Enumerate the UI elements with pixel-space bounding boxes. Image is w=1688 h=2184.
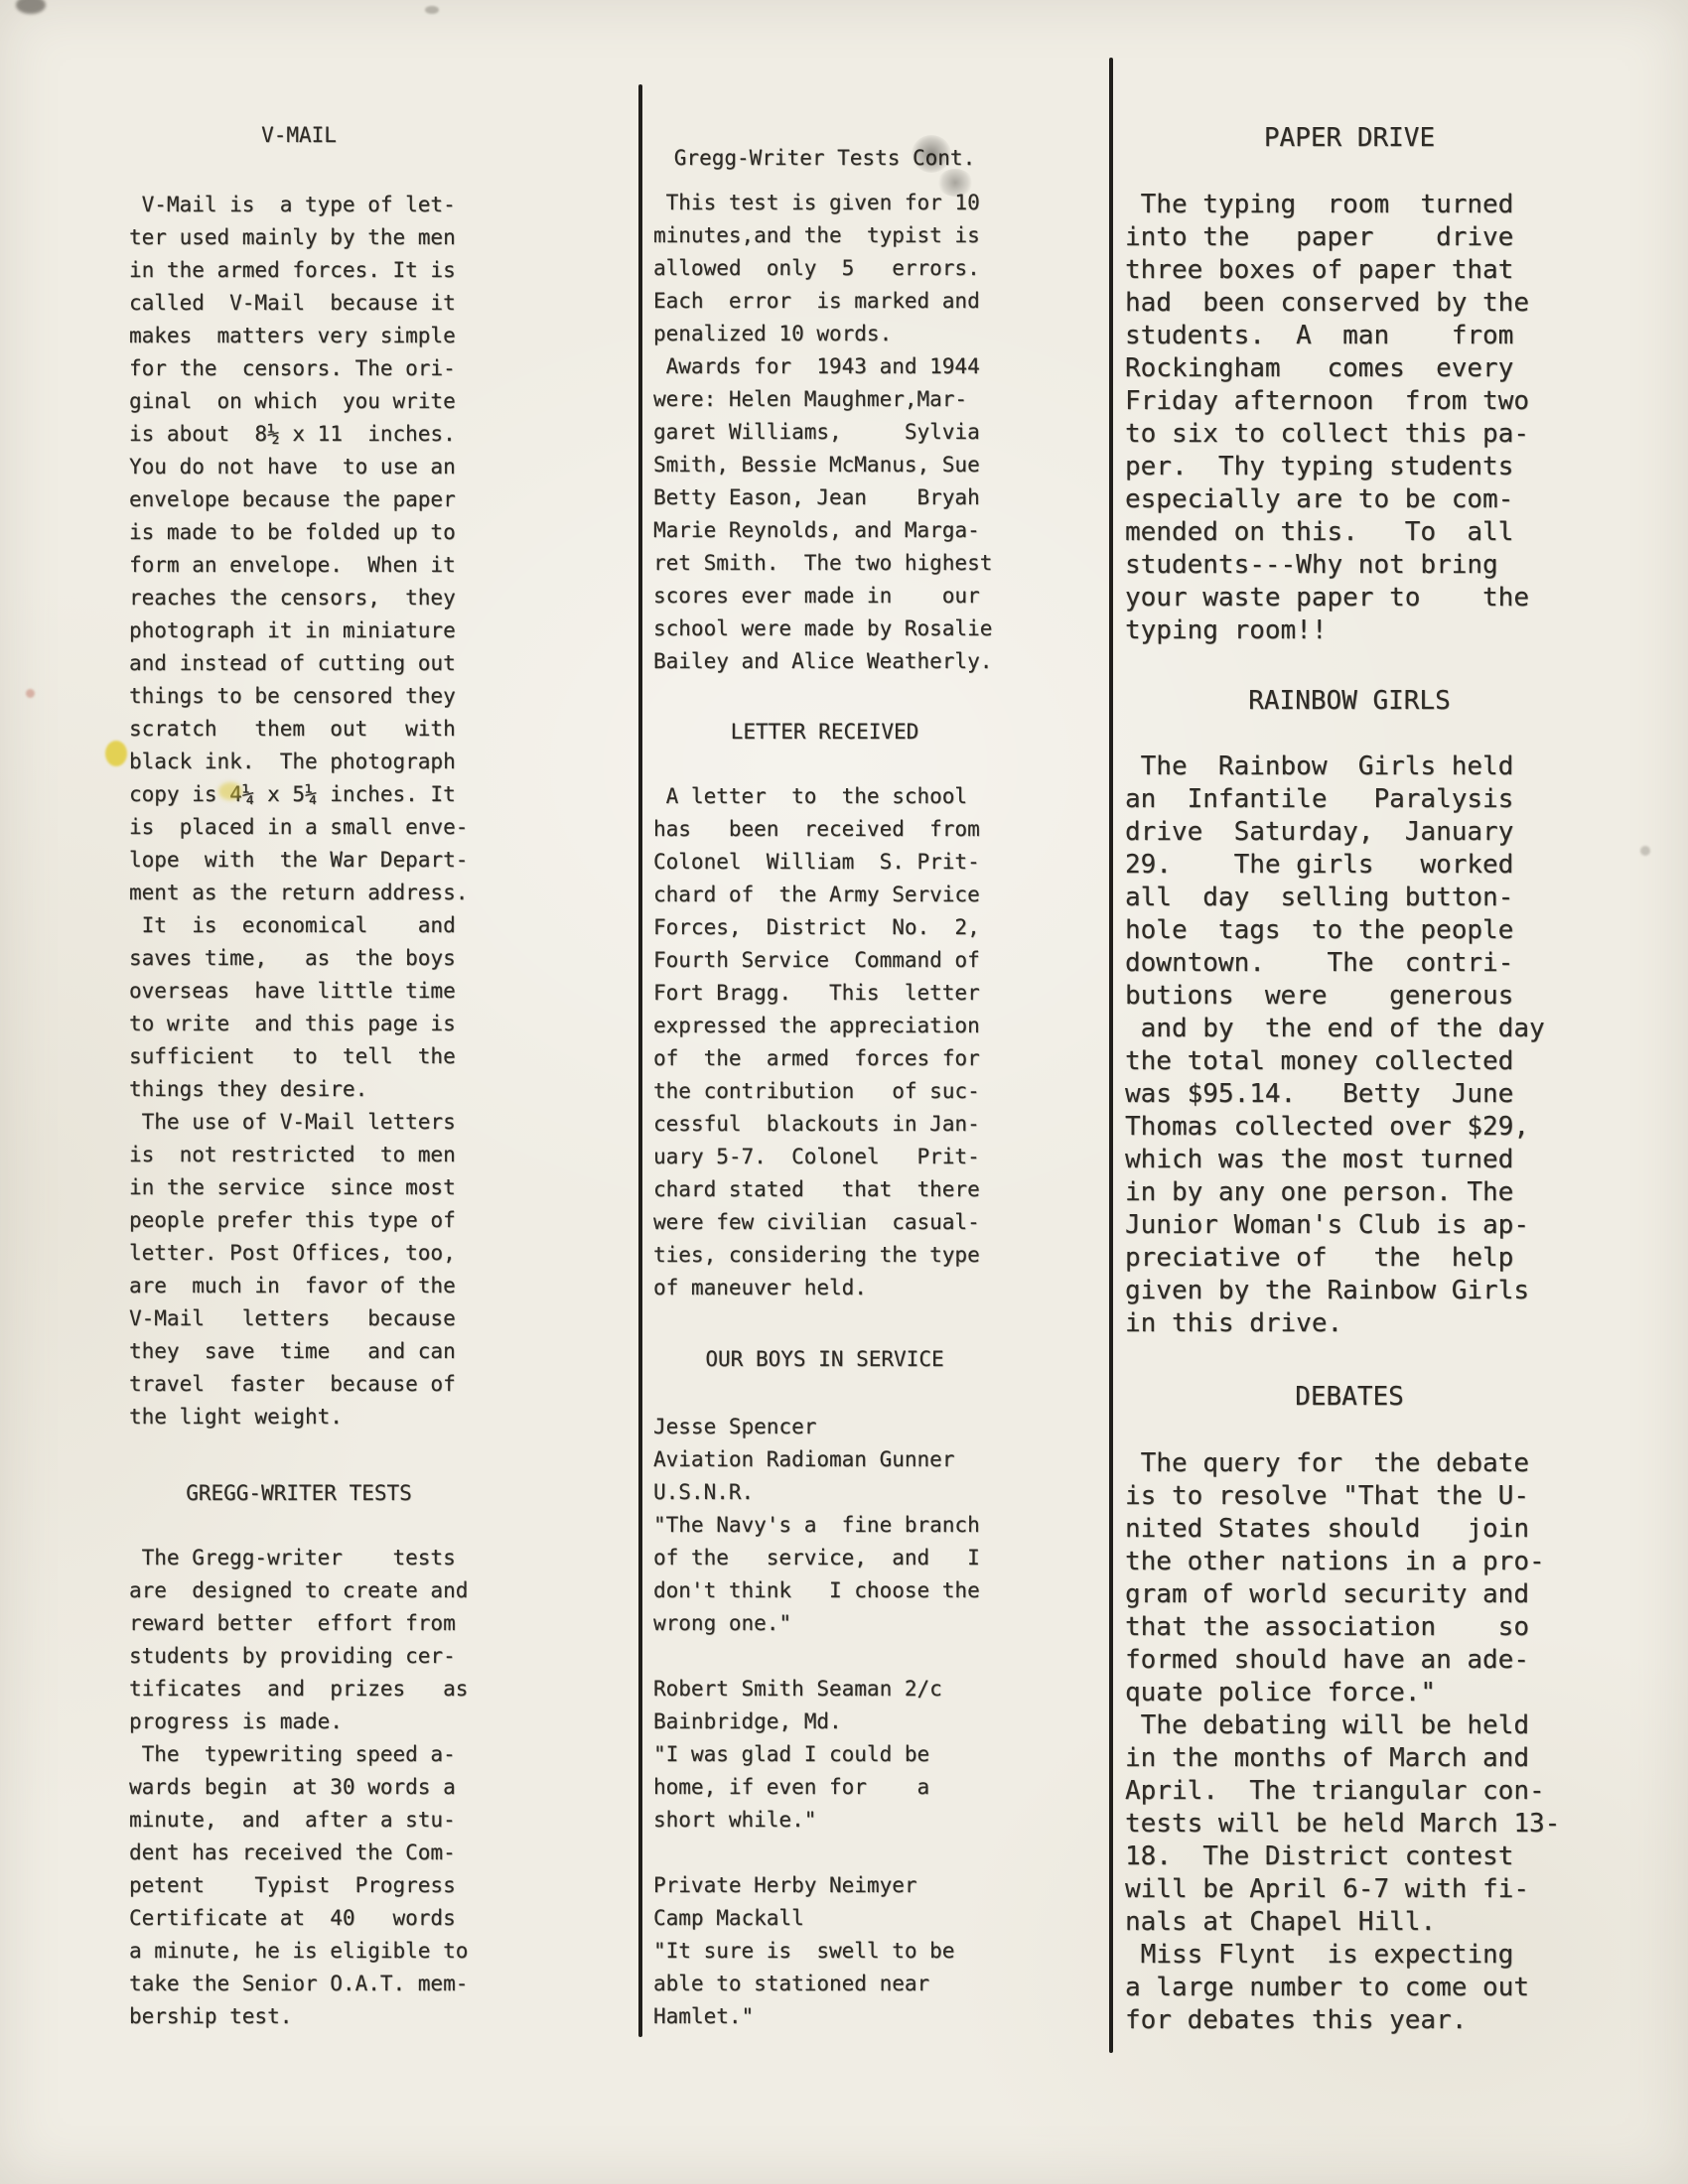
article-title-debates: DEBATES [1125, 1381, 1574, 1414]
article-body-letter-received: A letter to the school has been received… [653, 780, 980, 1304]
column-divider-1 [638, 84, 642, 2037]
scan-speck [425, 6, 439, 14]
article-body-rainbow-girls: The Rainbow Girls held an Infantile Para… [1125, 751, 1545, 1340]
yellow-stain-faint [218, 782, 242, 800]
column-divider-2 [1109, 58, 1113, 2053]
yellow-stain [105, 741, 127, 766]
article-title-paper-drive: PAPER DRIVE [1125, 122, 1574, 155]
article-body-gregg-writer-tests: The Gregg-writer tests are designed to c… [129, 1542, 468, 2033]
newspaper-page: V-MAIL V-Mail is a type of let- ter used… [0, 0, 1688, 2184]
article-title-gregg-writer-tests: GREGG-WRITER TESTS [129, 1477, 469, 1510]
article-title-our-boys-in-service: OUR BOYS IN SERVICE [653, 1343, 996, 1376]
article-body-vmail: V-Mail is a type of let- ter used mainly… [129, 189, 468, 1433]
scan-speck [1640, 846, 1650, 856]
article-title-letter-received: LETTER RECEIVED [653, 716, 996, 749]
article-body-paper-drive: The typing room turned into the paper dr… [1125, 189, 1529, 647]
scan-speck [26, 689, 35, 698]
article-body-gregg-writer-cont: This test is given for 10 minutes,and th… [653, 187, 992, 678]
article-body-our-boys-in-service: Jesse Spencer Aviation Radioman Gunner U… [653, 1411, 980, 2033]
scan-speck [16, 0, 46, 14]
ink-smudge [912, 135, 951, 173]
ink-smudge [937, 169, 973, 197]
article-title-rainbow-girls: RAINBOW GIRLS [1125, 685, 1574, 718]
article-title-vmail: V-MAIL [129, 119, 469, 152]
article-body-debates: The query for the debate is to resolve "… [1125, 1447, 1560, 2037]
